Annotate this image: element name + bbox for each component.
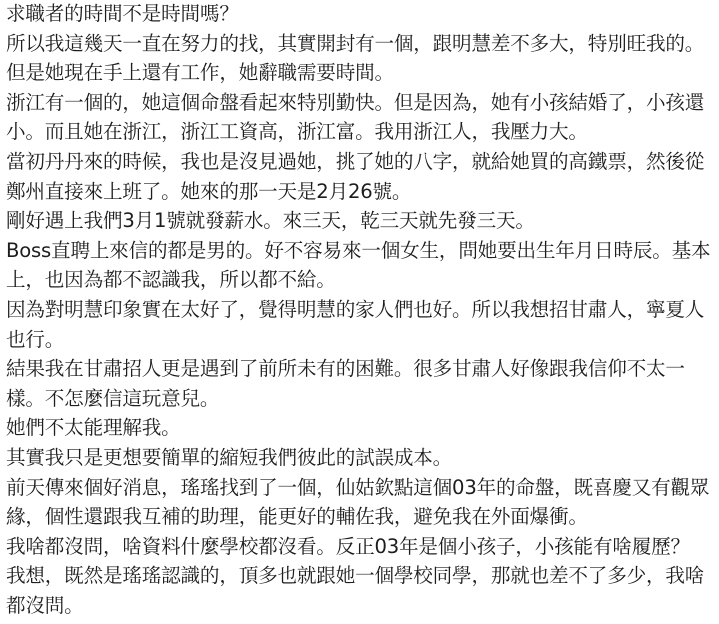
paragraph-zhejiang-candidate: 浙江有一個的，她這個命盤看起來特別勤快。但是因為，她有小孩結婚了，小孩還小。而且… [6,88,713,147]
paragraph-trial-cost: 其實我只是更想要簡單的縮短我們彼此的試誤成本。 [6,443,713,473]
paragraph-kaifeng-candidate: 所以我這幾天一直在努力的找，其實開封有一個，跟明慧差不多大，特別旺我的。但是她現… [6,29,713,88]
paragraph-question: 求職者的時間不是時間嗎？ [6,0,713,29]
document-body: 求職者的時間不是時間嗎？ 所以我這幾天一直在努力的找，其實開封有一個，跟明慧差不… [0,0,719,620]
paragraph-gansu-plan: 因為對明慧印象實在太好了，覺得明慧的家人們也好。所以我想招甘肅人，寧夏人也行。 [6,295,713,354]
paragraph-dandan-story: 當初丹丹來的時候，我也是沒見過她，挑了她的八字，就給她買的高鐵票，然後從鄭州直接… [6,147,713,206]
paragraph-payday: 剛好遇上我們3月1號就發薪水。來三天，乾三天就先發三天。 [6,206,713,236]
paragraph-boss-zhipin: Boss直聘上來信的都是男的。好不容易來一個女生，問她要出生年月日時辰。基本上，… [6,236,713,295]
paragraph-conclusion: 我想，既然是瑤瑤認識的，頂多也就跟她一個學校同學，那就也差不了多少，我啥都沒問。 [6,561,713,620]
paragraph-no-questions: 我啥都沒問，啥資料什麼學校都沒看。反正03年是個小孩子，小孩能有啥履歷？ [6,532,713,562]
paragraph-gansu-difficulty: 結果我在甘肅招人更是遇到了前所未有的困難。很多甘肅人好像跟我信仰不太一樣。不怎麼… [6,354,713,413]
paragraph-not-understood: 她們不太能理解我。 [6,413,713,443]
paragraph-good-news: 前天傳來個好消息，瑤瑤找到了一個，仙姑欽點這個03年的命盤，既喜慶又有觀眾緣，個… [6,473,713,532]
